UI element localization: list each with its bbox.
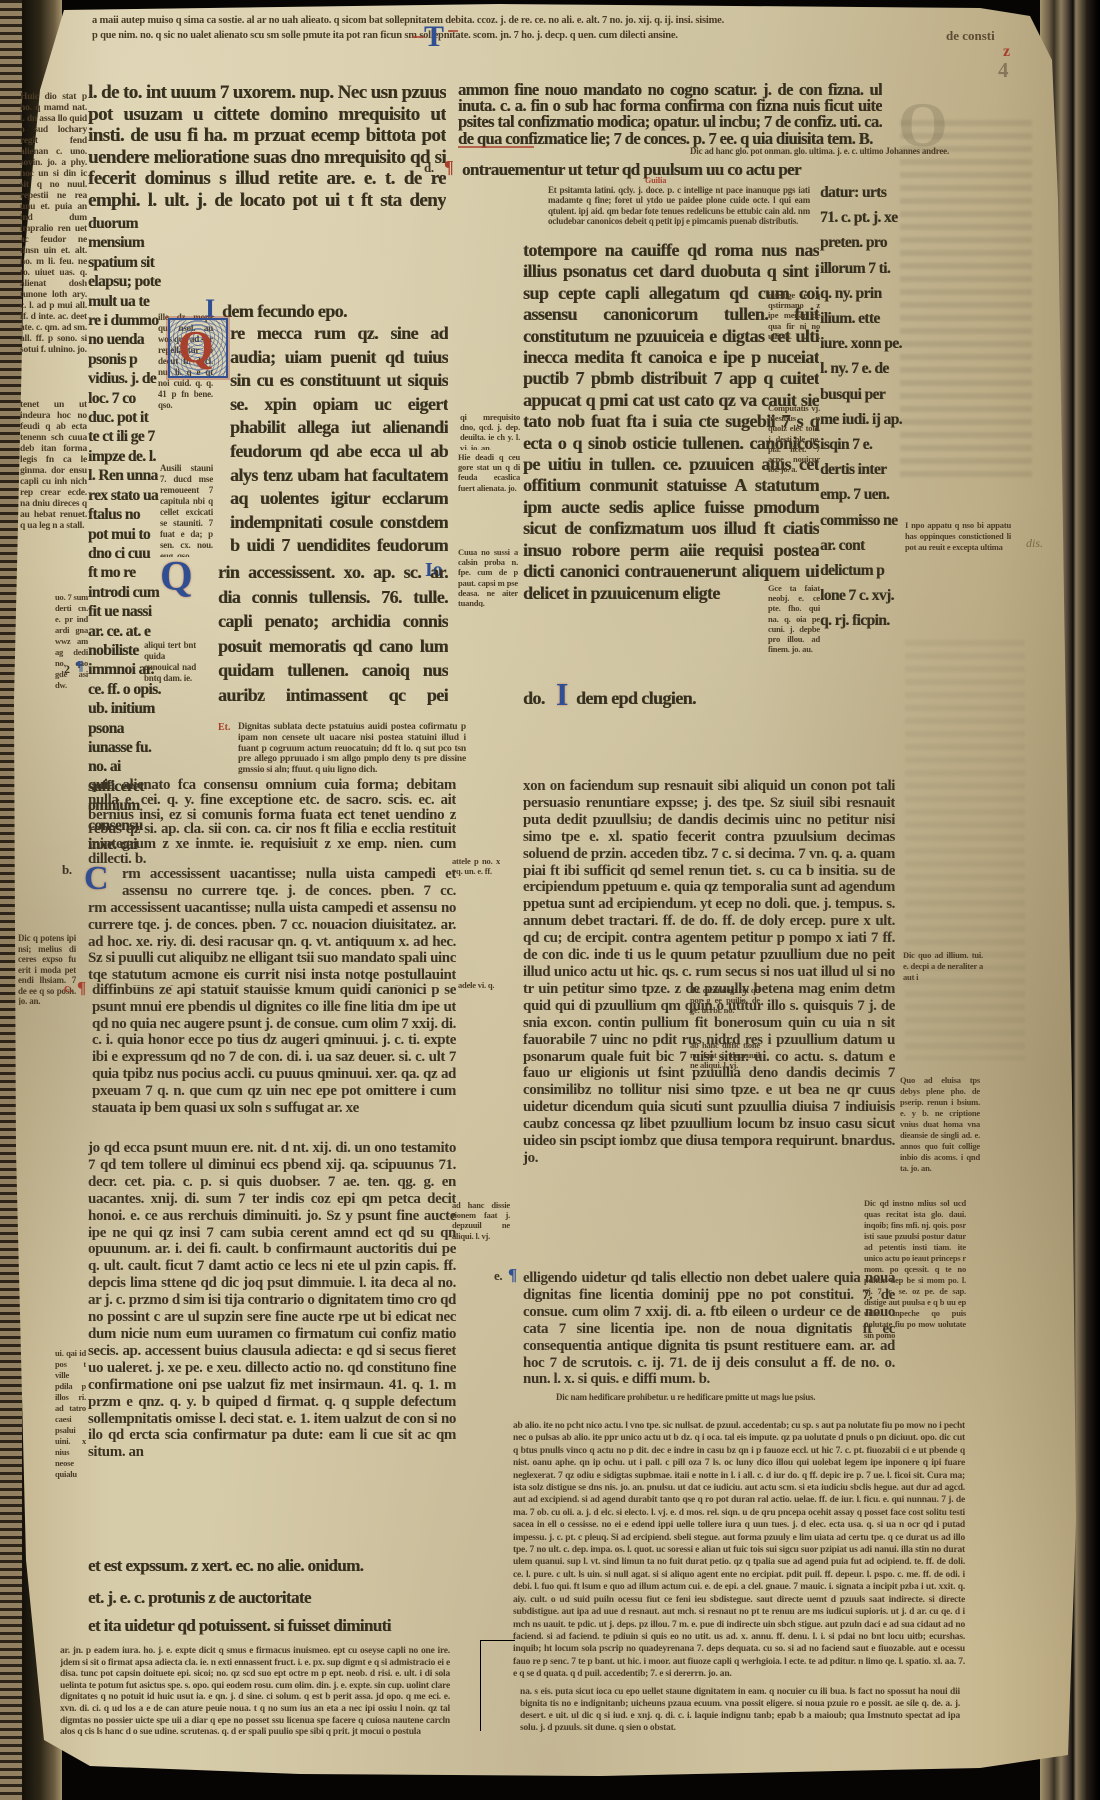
col1-alienatio-block: quia alienato fca consensu omnium cuia f… (88, 778, 456, 866)
blue-pilcrow-icon: ¶ (508, 1266, 517, 1283)
col1-section-b-rest: rm accessissent uacantisse; nulla uista … (88, 900, 456, 986)
initial-q1: Q (178, 324, 214, 370)
note-adele: adele vi. q. (458, 980, 494, 990)
col2-contra-line: ontrauementur ut tetur qd puulsum uu co … (462, 160, 882, 182)
col2-gloss-dicnam: Dic nam hedificare prohibetur. u re hedi… (556, 1392, 906, 1416)
col2-gloss-block: Et psitamta latini. qcly. j. doce. p. c … (548, 185, 810, 237)
col2-gloss-hiedeadi: Hie deadi q ceu gore stat un q di feuda … (458, 452, 520, 496)
right-margin-note-inpo: I npo appatu q nso bi appatu has oppinqu… (905, 520, 1011, 570)
col2-gloss-qimrequisito: qi mrequisito dno, qcd. j. dep. deuilta.… (460, 412, 520, 450)
left-margin-gloss-c: uo. 7 sum derti cn. e. pr ind ardi gna w… (55, 592, 88, 854)
col2-side-column: datur: urts 71. c. pt. j. xe preten. pro… (820, 180, 904, 660)
right-margin-note-dicquo: Dic quo ad illium. tui. e. decpi a de ne… (903, 950, 983, 988)
right-margin-note-dicqd: Dic qd instno mlius sol ucd quas recitat… (864, 1198, 966, 1394)
top-margin-gloss: a maii autep muiso q sima ca sostie. al … (92, 13, 724, 61)
col1-section-c-text: diffinbuns ze api statuit stauisse kmum … (92, 982, 456, 1138)
col1-q1-text: re mecca rum qz. sine ad audia; uiam pue… (230, 322, 448, 558)
col2-gloss-computatis: Computatis vj. mesibus p quolz elec toie… (768, 403, 820, 475)
note-attele: attele p no. x vq. un. e. ff. (452, 856, 500, 880)
left-margin-note-vertical: ui. qai id pos t ville pdila p illos ri.… (55, 1348, 86, 1484)
col1-closing-line-3: et ita uidetur qd potuissent. si fuisset… (88, 1616, 391, 1636)
margin-letter-b: b. (62, 862, 72, 878)
initial-q2: Q (160, 556, 210, 604)
note-adhanc: ad hanc dissie tionem faat j. depzuuil n… (452, 1200, 510, 1248)
running-title: de consti (946, 28, 995, 44)
col2-bottom-gloss-end: na. s eis. puta sicut ioca cu epo uellet… (520, 1686, 960, 1734)
col2-gloss-intellige: intellige e q qstirmano z ipe menar de q… (768, 290, 820, 342)
show-through-band-2 (905, 640, 1025, 1060)
col2-do-word: do. (523, 688, 545, 709)
paraph-flourish-right (448, 30, 458, 32)
folio-number: 4 (998, 58, 1009, 83)
margin-letter-e: e. (494, 1268, 502, 1284)
col2-elligendo-block: elligendo uidetur qd talis ellectio non … (523, 1270, 895, 1390)
col2-idem-epo-line: dem epd clugien. (576, 688, 696, 709)
col1-inner-gloss-2: Ausili stauni 7. ducd mse remoueent 7 ca… (160, 463, 213, 557)
manuscript-page: O a maii autep muiso q sima ca sostie. a… (0, 0, 1100, 1800)
paraph-mark: T (424, 22, 444, 52)
center-gloss-lead: Et. (218, 722, 231, 733)
col2-middle-block: xon on faciendum sup resnauit sibi aliqu… (523, 778, 895, 1264)
red-underline (458, 146, 534, 148)
idem-secundo-line: dem fecundo epo. (222, 301, 347, 322)
col1-opening-text: l. de to. int uuum 7 uxorem. nup. Nec us… (88, 82, 446, 212)
col1-continuation: jo qd ecca psunt muun ere. nit. d nt. xi… (88, 1140, 456, 1554)
col1-closing-line-2: et. j. e. c. protunis z de auctoritate (88, 1588, 311, 1608)
right-margin-note-quoad: Quo ad eluisa tps debys plene pho. de ps… (900, 1075, 980, 1209)
show-through-band (900, 120, 1032, 480)
col1-closing-line-1: et est expssum. z xert. ec. no alie. oni… (88, 1556, 363, 1576)
initial-i-clugien: I (556, 678, 568, 710)
col1-center-gloss: Dignitas sublata decte pstatuius auidi p… (238, 722, 466, 774)
margin-letter-c: c. (64, 980, 73, 996)
col1-inner-gloss-3: aliqui tert bnt quida cunouical nad bntq… (144, 640, 196, 690)
left-margin-gloss-b: tenet un ut indeura hoc no feudi q ab ec… (20, 400, 87, 558)
red-pilcrow-icon: ¶ (77, 979, 86, 996)
col2-gloss-rubric: Guilia (645, 176, 666, 185)
col1-bottom-gloss: ar. jn. p eadem iura. ho. j. e. expte di… (60, 1646, 450, 1740)
pilcrow-icon: ¶ (76, 660, 84, 674)
right-margin-dis-mark: dis. (1026, 536, 1043, 551)
margin-letter-d: d. (424, 160, 434, 176)
initial-c-blue: C (84, 862, 109, 896)
red-pilcrow-icon-2: ¶ (444, 158, 454, 176)
paraph-flourish-left (412, 36, 424, 38)
col2-gloss-gceta: Gce ta faiat neobj. e. ce pte. fho. qui … (768, 583, 820, 655)
col2-gloss-quuano: Cuua no sussi a calsin proba n. fpe. cum… (458, 547, 518, 607)
col2-bottom-gloss: ab alio. ite no pcht nico actu. l vno tp… (513, 1420, 965, 1682)
col1-section-b-start: rm accessissent uacantisse; nulla uista … (122, 866, 456, 900)
tie-line (480, 1640, 515, 1731)
margin-mark-2: 2 (64, 662, 70, 677)
col1-q2-text: rin accessissent. xo. ap. sc. ar. dia co… (218, 560, 448, 710)
col1-narrow-strip: duorum mensium spatium sit elapsu; pote … (88, 214, 162, 856)
left-margin-gloss-a: Huic dio stat p ho. q mamd nat. l. dn as… (20, 92, 87, 376)
